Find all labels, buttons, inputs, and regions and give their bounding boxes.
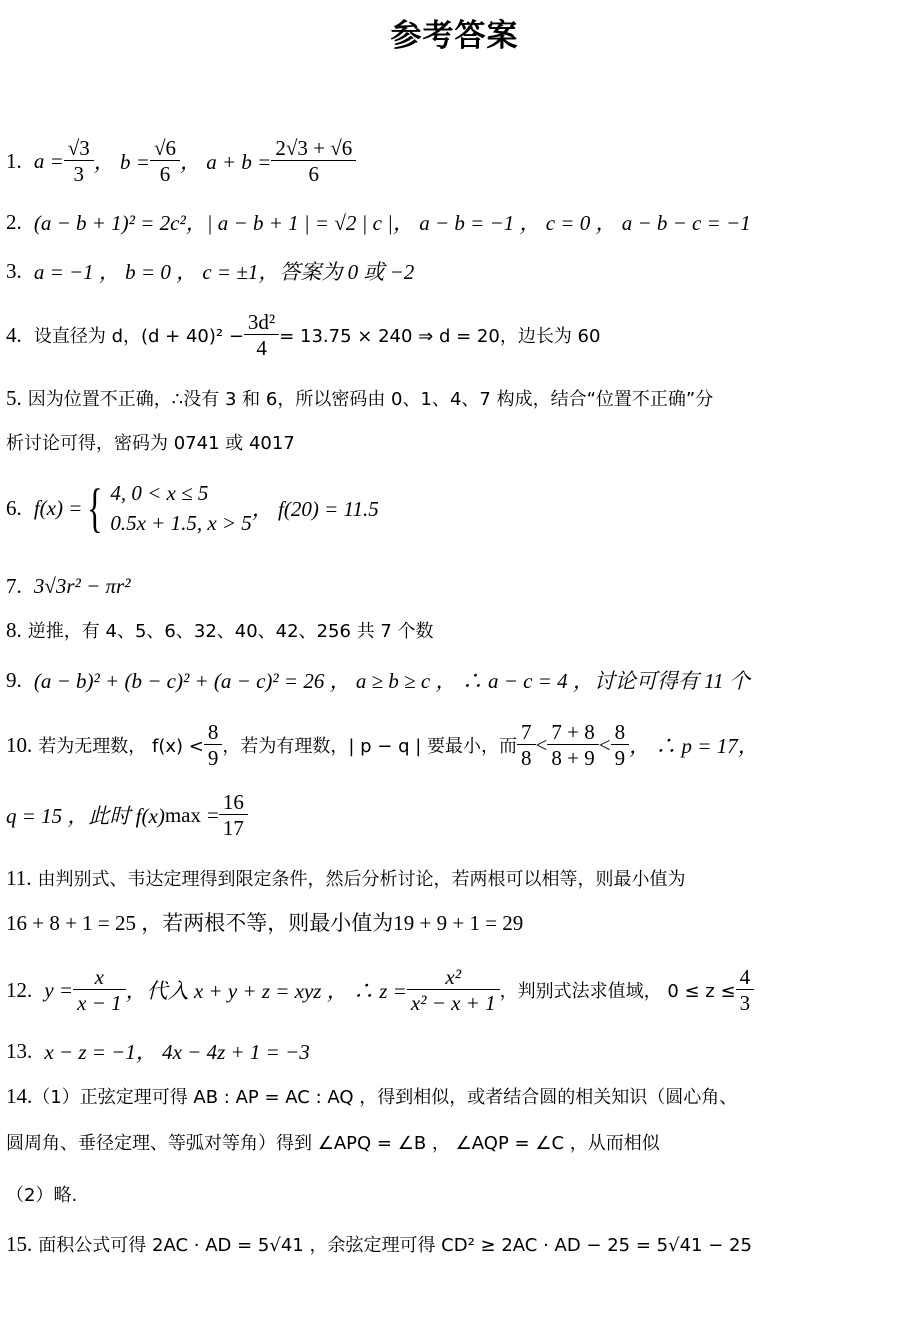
answer-number: 7. [6,574,22,599]
answer-text: 析讨论可得，密码为 0741 或 4017 [6,429,295,455]
answer-number: 1. [6,149,22,174]
answer-4: 4. 设直径为 d，(d + 40)² − 3d²4 = 13.75 × 240… [6,305,600,365]
answer-5-line-2: 析讨论可得，密码为 0741 或 4017 [6,422,295,462]
answer-14-line-1: 14. （1）正弦定理可得 AB : AP = AC : AQ ，得到相似，或者… [6,1076,737,1116]
answer-text: = 13.75 × 240 ⇒ d = 20，边长为 60 [279,322,600,348]
answer-8: 8. 逆推，有 4、5、6、32、40、42、256 共 7 个数 [6,610,434,650]
math-text: a = −1 ， b = 0 ， c = ±1，答案为 0 或 −2 [34,256,414,286]
answer-number: 9. [6,668,22,693]
answer-6: 6. f(x) = { 4, 0 < x ≤ 50.5x + 1.5, x > … [6,476,379,540]
fraction: 43 [738,965,753,1016]
page-title: 参考答案 [0,10,909,55]
answer-number: 4. [6,323,22,348]
math-text: ， f(20) = 11.5 [252,493,379,523]
math-text: q = 15 ，此时 f(x) [6,800,165,830]
answer-11-line-1: 11. 由判别式、韦达定理得到限定条件，然后分析讨论，若两根可以相等，则最小值为 [6,858,686,898]
answer-number: 15. [6,1232,32,1257]
answer-text: ，判别式法求值域， 0 ≤ z ≤ [500,977,736,1003]
answer-text: 因为位置不正确，∴没有 3 和 6，所以密码由 0、1、4、7 构成，结合“位置… [28,385,713,411]
answer-number: 2. [6,210,22,235]
math-text: 16 + 8 + 1 = 25 ，若两根不等，则最小值为19 + 9 + 1 =… [6,907,523,937]
math-text: (a − b + 1)² = 2c²，| a − b + 1 | = √2 | … [34,207,751,237]
answer-10-line-1: 10. 若为无理数， f(x) < 89 ，若为有理数，| p − q | 要最… [6,715,759,775]
answer-13: 13. x − z = −1， 4x − 4z + 1 = −3 [6,1031,310,1071]
math-text: ， a + b = [180,146,271,176]
answer-number: 8. [6,618,22,643]
answer-5-line-1: 5. 因为位置不正确，∴没有 3 和 6，所以密码由 0、1、4、7 构成，结合… [6,378,713,418]
math-text: 3√3r² − πr² [34,574,131,599]
math-text: ，代入 x + y + z = xyz ， ∴ z = [126,975,407,1005]
answer-text: 由判别式、韦达定理得到限定条件，然后分析讨论，若两根可以相等，则最小值为 [38,865,686,891]
answer-text: 面积公式可得 2AC · AD = 5√41 ，余弦定理可得 CD² ≥ 2AC… [38,1231,752,1257]
answer-text: ，若为有理数，| p − q | 要最小，而 [222,732,517,758]
answer-number: 10. [6,733,32,758]
answer-number: 14. [6,1084,32,1109]
math-text: a = [34,149,64,174]
answer-number: 3. [6,259,22,284]
answer-text: 逆推，有 4、5、6、32、40、42、256 共 7 个数 [28,617,434,643]
answer-number: 11. [6,866,31,891]
answer-10-line-2: q = 15 ，此时 f(x)max = 1617 [6,785,248,845]
math-text: < [599,733,611,758]
answer-12: 12. y = xx − 1 ，代入 x + y + z = xyz ， ∴ z… [6,960,754,1020]
answer-text: 若为无理数， f(x) < [38,732,204,758]
answer-14-line-3: （2）略. [6,1174,77,1214]
answer-1: 1. a = √33 ， b = √66 ， a + b = 2√3 + √66 [6,133,356,189]
answer-text: 圆周角、垂径定理、等弧对等角）得到 ∠APQ = ∠B ， ∠AQP = ∠C … [6,1129,660,1155]
piecewise-function: { 4, 0 < x ≤ 50.5x + 1.5, x > 5 [82,478,251,538]
answer-number: 5. [6,386,22,411]
answer-number: 12. [6,978,32,1003]
answer-7: 7. 3√3r² − πr² [6,566,131,606]
fraction: 3d²4 [246,310,277,361]
answer-text: （2）略. [6,1181,77,1207]
answer-3: 3. a = −1 ， b = 0 ， c = ±1，答案为 0 或 −2 [6,251,414,291]
answer-14-line-2: 圆周角、垂径定理、等弧对等角）得到 ∠APQ = ∠B ， ∠AQP = ∠C … [6,1122,660,1162]
math-text: (a − b)² + (b − c)² + (a − c)² = 26 ， a … [34,665,750,695]
fraction: 78 [519,720,534,771]
answer-text: 设直径为 d，(d + 40)² − [34,322,244,348]
answer-15: 15. 面积公式可得 2AC · AD = 5√41 ，余弦定理可得 CD² ≥… [6,1224,752,1264]
fraction: √33 [66,136,92,187]
answer-9: 9. (a − b)² + (b − c)² + (a − c)² = 26 ，… [6,660,750,700]
math-text: f(x) = [34,496,83,521]
answer-number: 13. [6,1039,32,1064]
answer-number: 6. [6,496,22,521]
fraction: 2√3 + √66 [273,136,354,187]
answer-text: （1）正弦定理可得 AB : AP = AC : AQ ，得到相似，或者结合圆的… [32,1083,737,1109]
math-text: x − z = −1， 4x − 4z + 1 = −3 [44,1036,309,1066]
math-text: < [536,733,548,758]
subscript: max [165,803,201,828]
answer-11-line-2: 16 + 8 + 1 = 25 ，若两根不等，则最小值为19 + 9 + 1 =… [6,902,523,942]
fraction: 1617 [221,790,246,841]
fraction: √66 [152,136,178,187]
answer-2: 2. (a − b + 1)² = 2c²，| a − b + 1 | = √2… [6,202,751,242]
fraction: x²x² − x + 1 [409,965,498,1016]
fraction: 7 + 88 + 9 [549,720,596,771]
fraction: 89 [206,720,221,771]
fraction: 89 [613,720,628,771]
math-text: ， ∴ p = 17， [629,730,759,760]
fraction: xx − 1 [75,965,124,1016]
math-text: = [207,803,219,828]
math-text: ， b = [94,146,150,176]
math-text: y = [44,978,73,1003]
